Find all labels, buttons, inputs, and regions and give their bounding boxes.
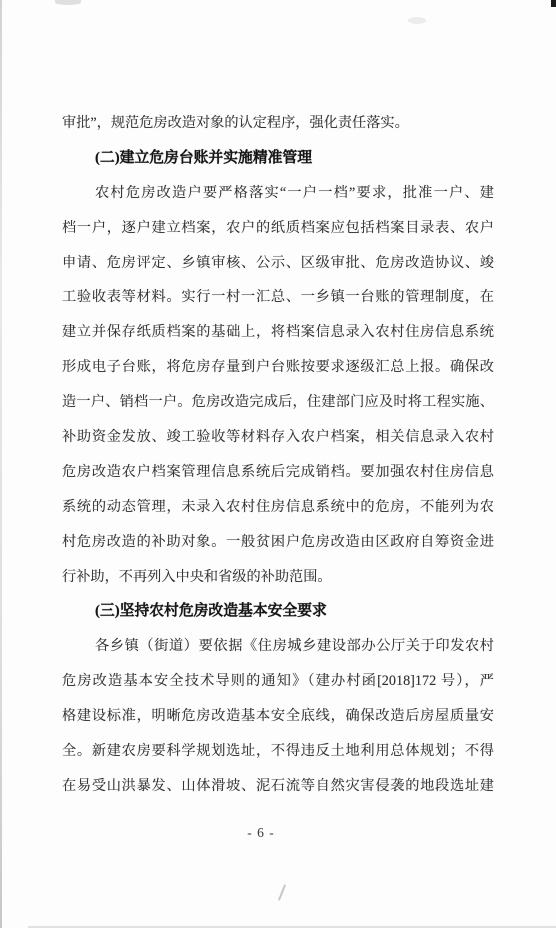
section-heading: (三)坚持农村危房改造基本安全要求 [62, 594, 494, 629]
text-line: 工验收表等材料。实行一村一汇总、一乡镇一台账的管理制度，在 [62, 280, 494, 315]
text-line: 形成电子台账，将危房存量到户台账按要求逐级汇总上报。确保改 [62, 350, 494, 385]
text-line: 行补助，不再列入中央和省级的补助范围。 [62, 560, 494, 595]
scan-artifact-smudge [408, 17, 426, 24]
text-line: 格建设标准，明晰危房改造基本安全底线，确保改造后房屋质量安 [62, 699, 494, 734]
scan-artifact-corner-mark [551, 0, 556, 7]
text-line: 村危房改造的补助对象。一般贫困户危房改造由区政府自筹资金进 [62, 525, 494, 560]
text-line: 申请、危房评定、乡镇审核、公示、区级审批、危房改造协议、竣 [62, 246, 494, 281]
text-line: 全。新建农房要科学规划选址，不得违反土地利用总体规划；不得 [62, 734, 494, 769]
scan-artifact-stray-mark [278, 884, 286, 901]
text-line: 危房改造农户档案管理信息系统后完成销档。要加强农村住房信息 [62, 455, 494, 490]
text-line: 危房改造基本安全技术导则的通知》（建办村函[2018]172 号），严 [62, 664, 494, 699]
scan-artifact-left-edge [0, 0, 2, 928]
scan-artifact-top-smudge [55, 0, 81, 5]
text-line: 在易受山洪暴发、山体滑坡、泥石流等自然灾害侵袭的地段选址建 [62, 769, 494, 804]
text-line: 档一户，逐户建立档案，农户的纸质档案应包括档案目录表、农户 [62, 211, 494, 246]
text-line: 农村危房改造户要严格落实“一户一档”要求，批准一户、建 [62, 176, 494, 211]
text-line: 补助资金发放、竣工验收等材料存入农户档案，相关信息录入农村 [62, 420, 494, 455]
text-line: 造一户、销档一户。危房改造完成后，住建部门应及时将工程实施、 [62, 385, 494, 420]
document-body: 审批”，规范危房改造对象的认定程序，强化责任落实。(二)建立危房台账并实施精准管… [62, 106, 494, 804]
text-line: 系统的动态管理，未录入农村住房信息系统中的危房，不能列为农 [62, 490, 494, 525]
document-page: 审批”，规范危房改造对象的认定程序，强化责任落实。(二)建立危房台账并实施精准管… [0, 0, 556, 928]
section-heading: (二)建立危房台账并实施精准管理 [62, 141, 494, 176]
page-number: - 6 - [0, 818, 522, 848]
text-line: 审批”，规范危房改造对象的认定程序，强化责任落实。 [62, 106, 494, 141]
text-line: 各乡镇（街道）要依据《住房城乡建设部办公厅关于印发农村 [62, 629, 494, 664]
text-line: 建立并保存纸质档案的基础上，将档案信息录入农村住房信息系统 [62, 315, 494, 350]
